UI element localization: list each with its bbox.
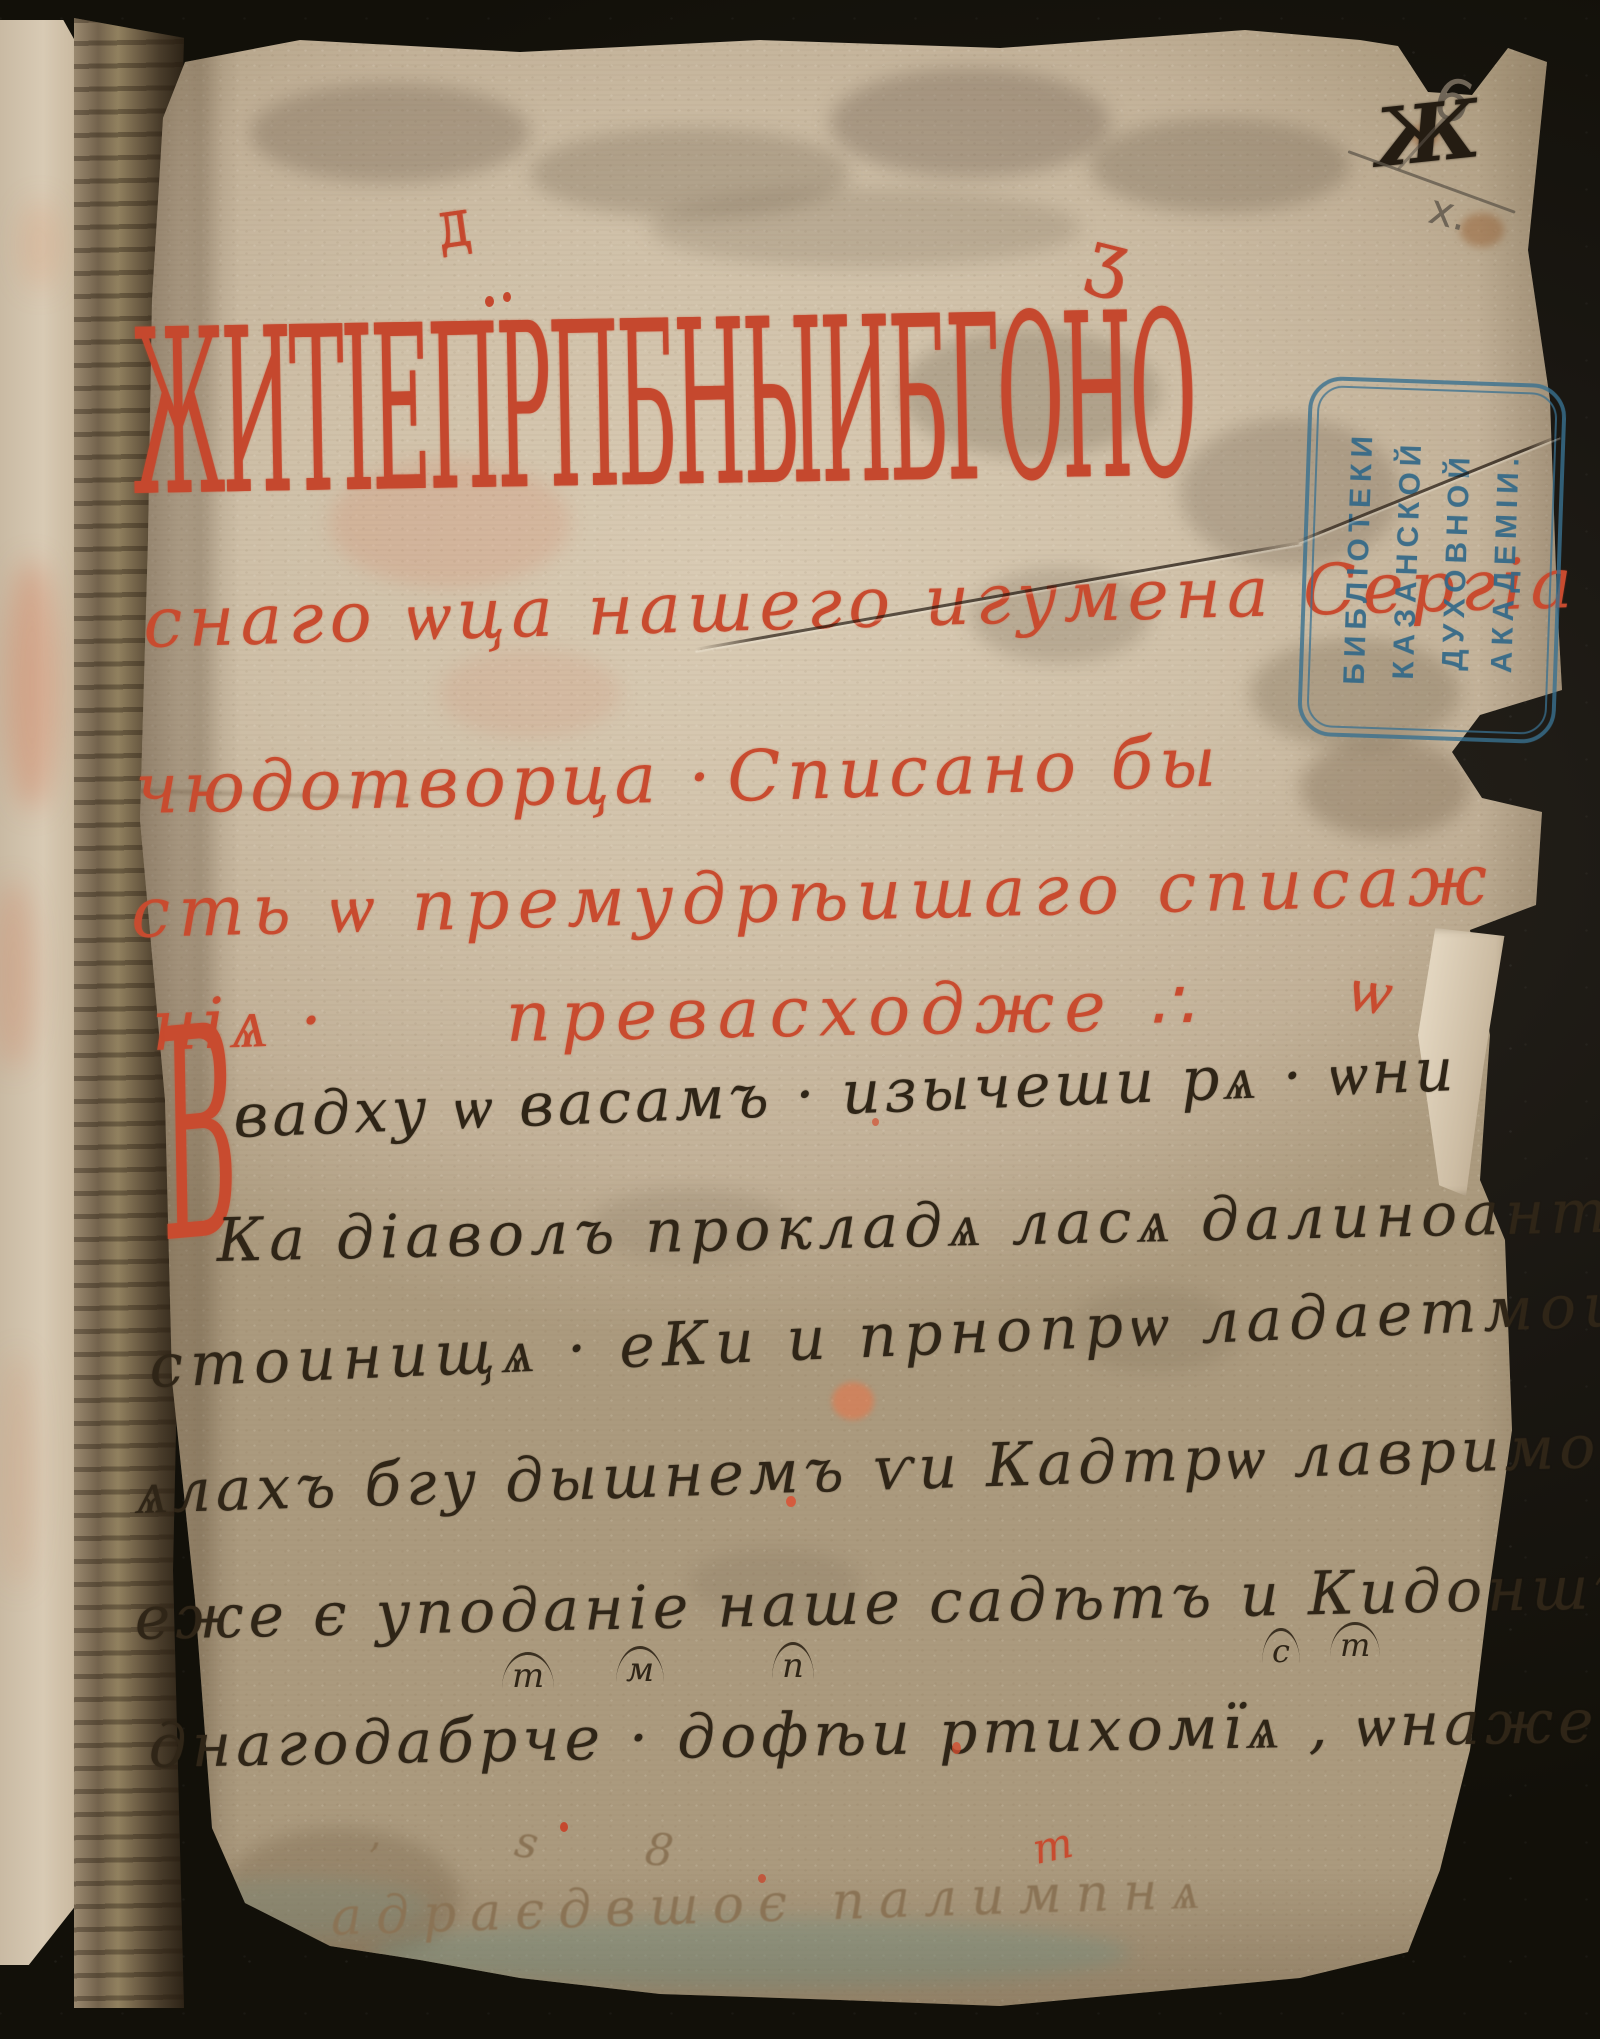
library-stamp: БИБЛІОТЕКИ КАЗАНСКОЙ ДУХОВНОЙ АКАДЕМІИ.	[1297, 376, 1567, 745]
rubric-line-2a: чюдотворца ·	[134, 736, 716, 830]
red-pigment-smudge	[20, 200, 60, 290]
red-diacritic-dot	[485, 296, 494, 307]
stamp-line-4: АКАДЕМІИ.	[1477, 451, 1534, 674]
red-dot	[560, 1822, 568, 1832]
red-pigment-smudge	[0, 1350, 36, 1590]
red-dot	[758, 1874, 766, 1883]
pink-offset-stain	[440, 648, 620, 738]
stamp-line-1: БИБЛІОТЕКИ	[1330, 429, 1388, 685]
red-dot	[872, 1118, 879, 1126]
rubric-line-2b: Списано бы	[726, 720, 1223, 818]
stamp-line-2: КАЗАНСКОЙ	[1379, 438, 1436, 681]
red-diacritic-dot	[503, 292, 511, 302]
edge-stain	[1300, 738, 1470, 838]
ink-bleed-stain	[250, 83, 530, 183]
red-dot	[952, 1742, 961, 1754]
ink-bleed-stain	[1090, 118, 1350, 213]
colophon-mark: ’	[368, 1836, 381, 1882]
ink-bleed-stain	[650, 188, 1080, 268]
ink-bleed-stain	[530, 128, 850, 218]
orange-blotch	[832, 1382, 874, 1420]
page-title-vyaz: ЖИТІЕПРПБНЫИБГОНО	[130, 265, 1196, 548]
red-pigment-smudge	[6, 560, 58, 810]
manuscript-photo: 6 Ж х. ЖИТІЕПРПБНЫИБГОНО д ʒ снаго ѡца н…	[0, 0, 1600, 2039]
colophon-mark: 8	[643, 1824, 676, 1878]
red-pigment-smudge	[0, 880, 36, 1070]
ink-bleed-stain	[830, 68, 1110, 178]
red-dot	[786, 1496, 796, 1507]
rubric-line-4b: превасходже ∴	[505, 964, 1203, 1058]
